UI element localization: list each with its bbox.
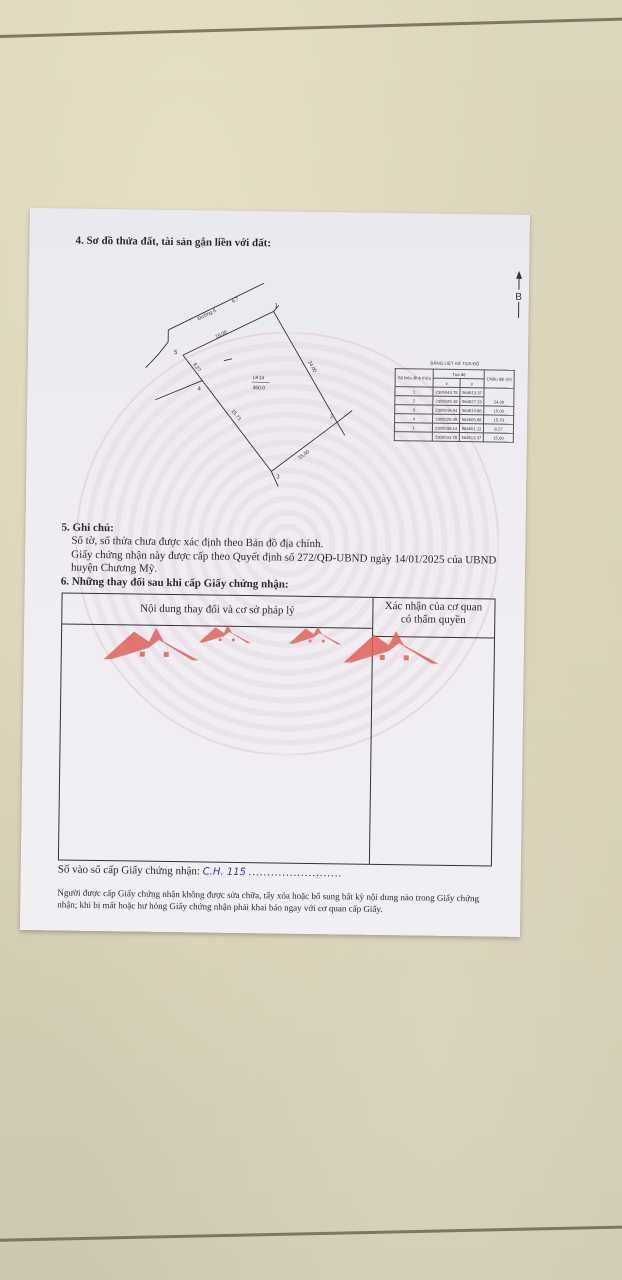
vertex-5: 5 — [174, 350, 178, 356]
table-row: 2305044.78564613.37 15,00 — [394, 432, 513, 443]
section-5-title: 5. Ghi chú: — [61, 521, 113, 534]
vertex-2: 2 — [330, 414, 334, 420]
land-certificate-page: 4. Sơ đồ thửa đất, tài sản gắn liền với … — [20, 208, 530, 937]
edge-label-5-1: 15,00 — [214, 329, 228, 340]
register-number: Số vào sổ cấp Giấy chứng nhận: C.H. 115 … — [58, 863, 343, 879]
vertex-3: 3 — [276, 474, 280, 480]
coordinate-table-title: BẢNG LIỆT KÊ TỌA ĐỘ — [395, 360, 515, 367]
col-length: Chiều dài (m) — [484, 370, 514, 388]
col-x: x — [433, 378, 460, 387]
house-icon — [104, 627, 199, 660]
register-value: C.H. 115 — [203, 866, 246, 878]
house-icon — [344, 630, 439, 663]
watermark-house-logos — [103, 619, 464, 684]
changes-col-content: Nội dung thay đổi và cơ sở pháp lý — [62, 601, 372, 617]
section-4-title: 4. Sơ đồ thửa đất, tài sản gắn liền với … — [75, 235, 271, 250]
edge-label-3-4: 15,73 — [230, 408, 242, 422]
parcel-diagram: Đường ß 6,7 15,00 24,00 15,00 15,73 8,27… — [126, 279, 389, 513]
parcel-area: 360,0 — [252, 385, 265, 391]
parcel-id: LK14 — [253, 375, 265, 381]
coordinate-table: BẢNG LIỆT KÊ TỌA ĐỘ Số hiệu đỉnh thửa Tọ… — [394, 360, 515, 443]
note-line-3: huyện Chương Mỹ. — [71, 562, 157, 575]
road-label: Đường ß — [197, 308, 218, 322]
svg-text:B: B — [515, 292, 522, 303]
north-arrow-icon: B — [511, 270, 526, 320]
house-icon — [199, 625, 251, 643]
vertex-4: 4 — [197, 386, 201, 392]
road-width-label: 6,7 — [231, 296, 240, 305]
house-icon — [289, 626, 341, 644]
warning-note: Người được cấp Giấy chứng nhận không đượ… — [57, 886, 497, 916]
col-y: y — [460, 379, 484, 388]
col-point: Số hiệu đỉnh thửa — [395, 369, 434, 388]
register-label: Số vào sổ cấp Giấy chứng nhận: — [58, 863, 200, 877]
